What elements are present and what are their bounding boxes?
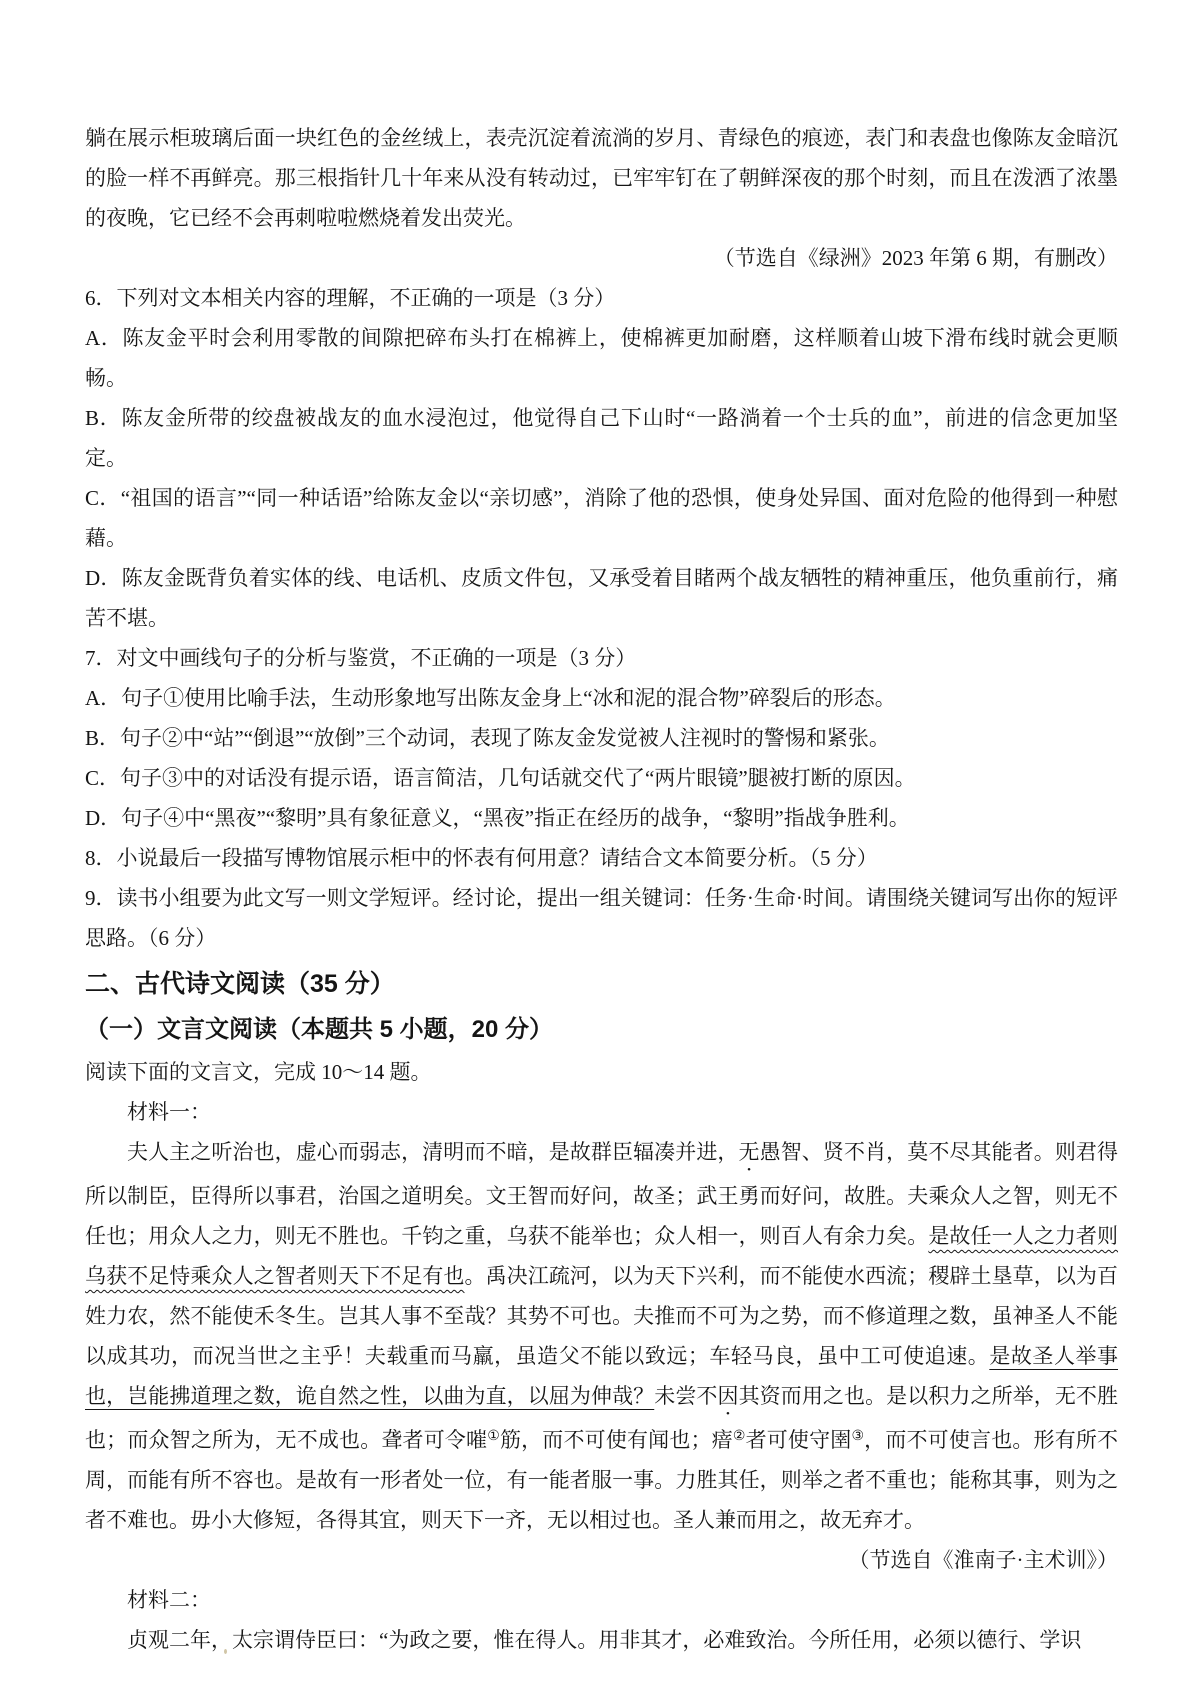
material-1-label: 材料一： [85, 1092, 1118, 1132]
question-7-option-b: B．句子②中“站”“倒退”“放倒”三个动词，表现了陈友金发觉被人注视时的警惕和紧… [85, 718, 1118, 758]
plain-text: 筋，而不可使有闻也；瘖 [500, 1428, 733, 1452]
material-2-text: 贞观二年，太宗谓侍臣曰：“为政之要，惟在得人。用非其才，必难致治。今所任用，必须… [85, 1620, 1118, 1660]
material-2-label: 材料二： [85, 1580, 1118, 1620]
question-6-option-d: D．陈友金既背负着实体的线、电话机、皮质文件包，又承受着目睹两个战友牺牲的精神重… [85, 558, 1118, 638]
question-7-option-d: D．句子④中“黑夜”“黎明”具有象征意义，“黑夜”指正在经历的战争，“黎明”指战… [85, 798, 1118, 838]
emphasized-word-wu: 无 [739, 1140, 760, 1164]
question-6-option-c: C．“祖国的语言”“同一种话语”给陈友金以“亲切感”，消除了他的恐惧，使身处异国… [85, 478, 1118, 558]
page-artifact-dot [224, 1649, 227, 1654]
question-9: 9．读书小组要为此文写一则文学短评。经讨论，提出一组关键词：任务·生命·时间。请… [85, 878, 1118, 958]
footnote-marker-1: ① [487, 1429, 500, 1444]
emphasized-word-yin: 因 [718, 1384, 739, 1408]
plain-text: 夫人主之听治也，虚心而弱志，清明而不暗，是故群臣辐凑并进， [127, 1140, 739, 1164]
reading-instruction: 阅读下面的文言文，完成 10～14 题。 [85, 1052, 1118, 1092]
plain-text: 未尝不 [654, 1384, 717, 1408]
plain-text: 者可使守圉 [746, 1428, 852, 1452]
passage-source: （节选自《绿洲》2023 年第 6 期，有删改） [85, 238, 1118, 278]
question-7-option-a: A．句子①使用比喻手法，生动形象地写出陈友金身上“冰和泥的混合物”碎裂后的形态。 [85, 678, 1118, 718]
footnote-marker-3: ③ [851, 1429, 864, 1444]
question-6-option-a: A．陈友金平时会利用零散的间隙把碎布头打在棉裤上，使棉裤更加耐磨，这样顺着山坡下… [85, 318, 1118, 398]
question-8: 8．小说最后一段描写博物馆展示柜中的怀表有何用意？请结合文本简要分析。（5 分） [85, 838, 1118, 878]
question-7-option-c: C．句子③中的对话没有提示语，语言简洁，几句话就交代了“两片眼镜”腿被打断的原因… [85, 758, 1118, 798]
passage-continuation: 躺在展示柜玻璃后面一块红色的金丝绒上，表壳沉淀着流淌的岁月、青绿色的痕迹，表门和… [85, 118, 1118, 238]
section-2-1-subheading: （一）文言文阅读（本题共 5 小题，20 分） [85, 1008, 1118, 1052]
question-7-stem: 7．对文中画线句子的分析与鉴赏，不正确的一项是（3 分） [85, 638, 1118, 678]
material-1-text: 夫人主之听治也，虚心而弱志，清明而不暗，是故群臣辐凑并进，无愚智、贤不肖，莫不尽… [85, 1132, 1118, 1540]
question-6-stem: 6．下列对文本相关内容的理解，不正确的一项是（3 分） [85, 278, 1118, 318]
exam-page: 躺在展示柜玻璃后面一块红色的金丝绒上，表壳沉淀着流淌的岁月、青绿色的痕迹，表门和… [0, 0, 1200, 1698]
footnote-marker-2: ② [733, 1429, 746, 1444]
question-6-option-b: B．陈友金所带的绞盘被战友的血水浸泡过，他觉得自己下山时“一路淌着一个士兵的血”… [85, 398, 1118, 478]
section-2-heading: 二、古代诗文阅读（35 分） [85, 960, 1118, 1008]
material-1-source: （节选自《淮南子·主术训》） [85, 1540, 1118, 1580]
